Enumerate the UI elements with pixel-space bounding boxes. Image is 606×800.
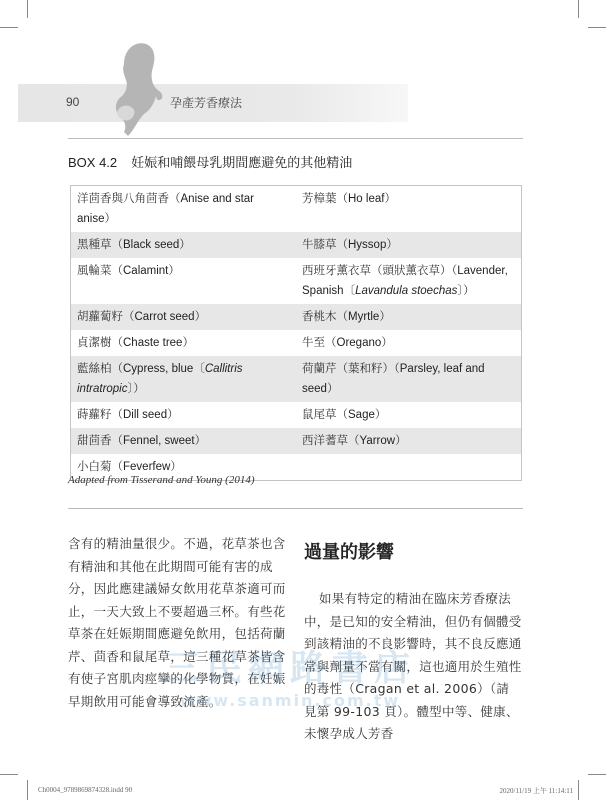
table-row: 風輪菜（Calamint） 西班牙薰衣草（頭狀薰衣草）（Lavender, Sp… [71,258,522,304]
table-row: 藍絲柏（Cypress, blue〔Callitris intratropic〕… [71,356,522,402]
watermark-url: www.sanmin.com.tw [110,691,470,710]
footer-file-info: Ch0004_9789869874328.indd 90 [38,786,132,794]
section-heading: 過量的影響 [304,538,394,564]
crop-mark [588,774,606,775]
table-cell: 西洋蓍草（Yarrow） [296,428,522,454]
box-title: BOX 4.2 妊娠和哺餵母乳期間應避免的其他精油 [68,152,352,171]
table-row: 貞潔樹（Chaste tree） 牛至（Oregano） [71,330,522,356]
crop-mark [0,774,18,775]
table-row: 甜茴香（Fennel, sweet） 西洋蓍草（Yarrow） [71,428,522,454]
crop-mark [27,0,28,18]
watermark-text: 三民網路書店 [110,640,470,691]
table-row: 黑種草（Black seed） 牛膝草（Hyssop） [71,232,522,258]
table-cell: 牛至（Oregano） [296,330,522,356]
table-cell: 蒔蘿籽（Dill seed） [71,402,297,428]
crop-mark [578,0,579,18]
essential-oils-table: 洋茴香與八角茴香（Anise and star anise） 芳樟葉（Ho le… [70,185,522,481]
table-cell: 胡蘿蔔籽（Carrot seed） [71,304,297,330]
running-title: 孕產芳香療法 [170,94,242,111]
crop-mark [588,27,606,28]
table-cell: 甜茴香（Fennel, sweet） [71,428,297,454]
table-cell: 貞潔樹（Chaste tree） [71,330,297,356]
table-caption: Adapted from Tisserand and Young (2014) [68,474,255,486]
crop-mark [0,27,18,28]
box-heading: 妊娠和哺餵母乳期間應避免的其他精油 [131,156,352,171]
table-cell: 藍絲柏（Cypress, blue〔Callitris intratropic〕… [71,356,297,402]
table-cell [296,454,522,481]
table-cell: 芳樟葉（Ho leaf） [296,186,522,233]
top-rule [68,138,523,139]
table-cell: 洋茴香與八角茴香（Anise and star anise） [71,186,297,233]
table-cell: 風輪菜（Calamint） [71,258,297,304]
table-cell: 香桃木（Myrtle） [296,304,522,330]
bottom-rule [68,508,523,509]
table-row: 蒔蘿籽（Dill seed） 鼠尾草（Sage） [71,402,522,428]
table-cell: 西班牙薰衣草（頭狀薰衣草）（Lavender, Spanish〔Lavandul… [296,258,522,304]
table-cell: 鼠尾草（Sage） [296,402,522,428]
table-row: 洋茴香與八角茴香（Anise and star anise） 芳樟葉（Ho le… [71,186,522,233]
pregnant-woman-silhouette-icon [104,40,170,140]
table-cell: 牛膝草（Hyssop） [296,232,522,258]
crop-mark [578,780,579,800]
watermark: 三民網路書店 www.sanmin.com.tw [110,640,470,710]
table-cell: 黑種草（Black seed） [71,232,297,258]
box-label: BOX 4.2 [68,155,117,170]
table-cell: 荷蘭芹（葉和籽）（Parsley, leaf and seed） [296,356,522,402]
page-number: 90 [66,95,79,109]
crop-mark [27,780,28,800]
table-row: 胡蘿蔔籽（Carrot seed） 香桃木（Myrtle） [71,304,522,330]
footer-timestamp: 2020/11/19 上午 11:14:11 [500,786,574,796]
